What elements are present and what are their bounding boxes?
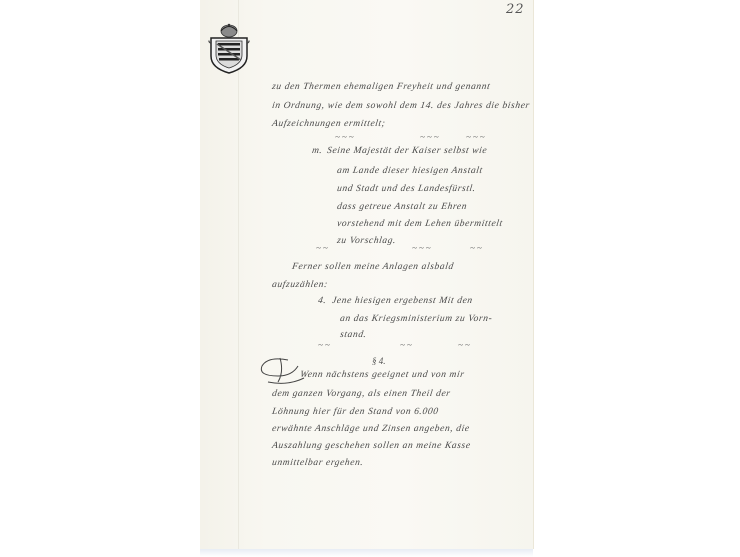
section-heading: § 4. xyxy=(372,356,386,366)
text-line: erwähnte Anschläge und Zinsen angeben, d… xyxy=(271,424,470,434)
text-line: Wenn nächstens geeignet und von mir xyxy=(299,370,465,380)
text-line: Löhnung hier für den Stand von 6.000 xyxy=(271,407,439,417)
text-line: vorstehend mit dem Lehen übermittelt xyxy=(336,219,503,229)
separator-mark: ~~ xyxy=(400,340,414,350)
text-line: in Ordnung, wie dem sowohl dem 14. des J… xyxy=(271,101,530,111)
list-marker: m. xyxy=(311,146,323,156)
list-marker: 4. xyxy=(317,296,327,306)
page-number: 22 xyxy=(506,2,525,17)
text-line: dass getreue Anstalt zu Ehren xyxy=(336,202,467,212)
text-line: zu den Thermen ehemaligen Freyheit und g… xyxy=(271,82,491,92)
text-line: Ferner sollen meine Anlagen alsbald xyxy=(291,262,454,272)
separator-mark: ~~~ xyxy=(466,132,487,142)
paper-fold-line xyxy=(238,0,239,549)
text-line: dem ganzen Vorgang, als einen Theil der xyxy=(271,389,451,399)
separator-mark: ~~ xyxy=(316,243,330,253)
separator-mark: ~~ xyxy=(458,340,472,350)
text-line: Auszahlung geschehen sollen an meine Kas… xyxy=(271,441,471,451)
text-line: und Stadt und des Landesfürstl. xyxy=(336,184,476,194)
text-line: unmittelbar ergehen. xyxy=(271,458,364,468)
text-line: Aufzeichnungen ermittelt; xyxy=(271,119,386,129)
separator-mark: ~~ xyxy=(470,243,484,253)
text-line: aufzuzählen: xyxy=(271,280,328,290)
separator-mark: ~~ xyxy=(318,340,332,350)
text-line: zu Vorschlag. xyxy=(336,236,396,246)
text-line: am Lande dieser hiesigen Anstalt xyxy=(336,166,483,176)
text-line: Jene hiesigen ergebenst Mit den xyxy=(331,296,473,306)
separator-mark: ~~~ xyxy=(412,243,433,253)
coat-of-arms-stamp-icon xyxy=(205,22,251,74)
text-line: an das Kriegsministerium zu Vorn- xyxy=(339,314,493,324)
text-line: Seine Majestät der Kaiser selbst wie xyxy=(326,146,488,156)
text-line: stand. xyxy=(339,330,367,340)
separator-mark: ~~~ xyxy=(335,132,356,142)
separator-mark: ~~~ xyxy=(420,132,441,142)
